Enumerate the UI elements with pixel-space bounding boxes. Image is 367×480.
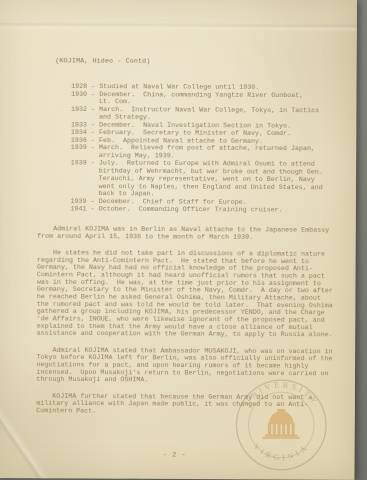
paragraph: Admiral KOJIMA was in Berlin as Naval at… (37, 226, 336, 242)
typewritten-content: (KOJIMA, Hideo - Contd) 1928 - Studied a… (0, 0, 357, 480)
timeline-separator: - (87, 83, 99, 90)
timeline-year: 1933 (71, 121, 87, 128)
timeline-text: December. China, commanding Yangtze Rive… (99, 91, 307, 106)
timeline-entry: 1941 - October. Commanding Officer Train… (71, 206, 325, 215)
timeline-text: March. Instructor Naval War College, Tok… (99, 106, 323, 121)
timeline-text: March. Relieved from post of attache, re… (99, 145, 319, 160)
timeline-entry: 1939 - March. Relieved from post of atta… (71, 144, 325, 161)
timeline-year: 1939 (71, 198, 87, 205)
scanned-document-page: UNIVERSITY VIRGINIA (KOJIMA, Hideo - Con… (0, 0, 367, 480)
timeline-entry: 1930 - December. China, commanding Yangt… (71, 91, 325, 108)
timeline-year: 1928 (71, 83, 87, 90)
timeline-separator: - (87, 137, 99, 144)
timeline-separator: - (87, 160, 99, 167)
paper-sheet: UNIVERSITY VIRGINIA (KOJIMA, Hideo - Con… (0, 0, 357, 480)
timeline-year: 1934 (71, 129, 87, 136)
paragraph: KOJIMA further stated that because the G… (36, 393, 335, 417)
timeline-separator: - (87, 206, 99, 213)
paragraph: Admiral KOJIMA stated that Ambassador MU… (36, 347, 335, 385)
timeline-text: October. Commanding Officer Training cru… (99, 206, 283, 214)
paragraph: He states he did not take part in discus… (37, 250, 336, 340)
timeline-year: 1930 (71, 91, 87, 98)
page-header: (KOJIMA, Hideo - Contd) (55, 58, 150, 66)
timeline-year: 1932 (71, 106, 87, 113)
timeline-year: 1936 (71, 137, 87, 144)
timeline-entry: 1939 - July. Returned to Europe with Adm… (71, 160, 325, 200)
timeline-year: 1939 (71, 160, 87, 167)
timeline-entry: 1932 - March. Instructor Naval War Colle… (71, 106, 325, 123)
timeline-separator: - (87, 121, 99, 128)
timeline-separator: - (87, 106, 99, 113)
timeline-year: 1939 (71, 144, 87, 151)
service-timeline: 1928 - Studied at Naval War College unti… (71, 83, 326, 215)
page-number: - 2 - (0, 451, 355, 460)
timeline-separator: - (87, 91, 99, 98)
timeline-year: 1941 (71, 206, 87, 213)
timeline-separator: - (87, 129, 99, 136)
timeline-separator: - (87, 144, 99, 151)
body-paragraphs: Admiral KOJIMA was in Berlin as Naval at… (36, 226, 335, 426)
timeline-separator: - (87, 198, 99, 205)
timeline-text: July. Returned to Europe with Admiral Os… (99, 160, 327, 198)
